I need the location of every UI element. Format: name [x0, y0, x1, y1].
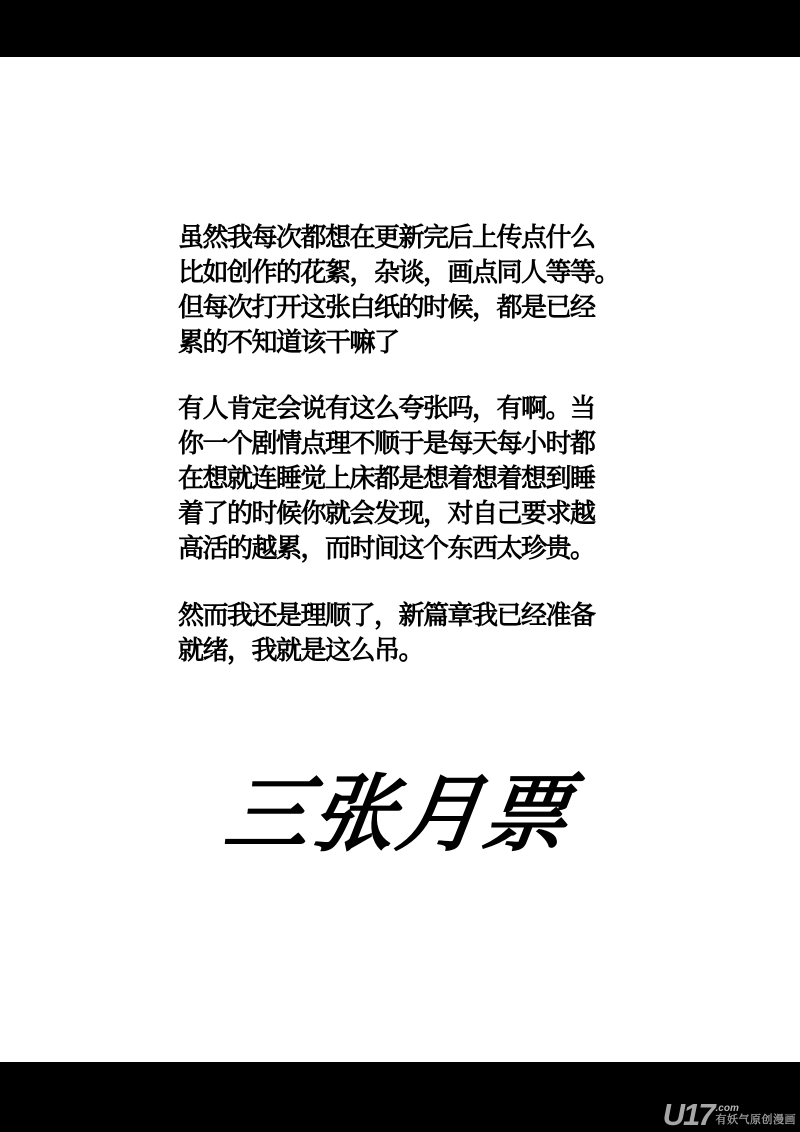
text-line: 虽然我每次都想在更新完后上传点什么 — [178, 220, 619, 255]
text-line: 高活的越累，而时间这个东西太珍贵。 — [178, 531, 595, 566]
text-line: 累的不知道该干嘛了 — [178, 325, 619, 360]
text-line: 比如创作的花絮，杂谈，画点同人等等。 — [178, 255, 619, 290]
text-line: 然而我还是理顺了，新篇章我已经准备 — [178, 598, 595, 633]
top-letterbox-bar — [0, 0, 800, 57]
u17-watermark: U17 .com 有妖气原创漫画 — [663, 1102, 796, 1127]
u17-slogan-label: 有妖气原创漫画 — [716, 1114, 797, 1127]
calligraphy-title: 三张月票 — [219, 766, 592, 862]
u17-domain-label: .com — [716, 1104, 739, 1114]
watermark-text-block: .com 有妖气原创漫画 — [716, 1104, 797, 1127]
text-line: 有人肯定会说有这么夸张吗，有啊。当 — [178, 391, 595, 426]
bottom-letterbox-bar: U17 .com 有妖气原创漫画 — [0, 1062, 800, 1132]
text-line: 就绪，我就是这么吊。 — [178, 633, 595, 668]
text-line: 你一个剧情点理不顺于是每天每小时都 — [178, 426, 595, 461]
text-line: 着了的时候你就会发现，对自己要求越 — [178, 496, 595, 531]
paragraph-3: 然而我还是理顺了，新篇章我已经准备 就绪，我就是这么吊。 — [178, 598, 595, 668]
paragraph-2: 有人肯定会说有这么夸张吗，有啊。当 你一个剧情点理不顺于是每天每小时都 在想就连… — [178, 391, 595, 566]
comic-note-page: 虽然我每次都想在更新完后上传点什么 比如创作的花絮，杂谈，画点同人等等。 但每次… — [0, 0, 800, 1132]
text-line: 在想就连睡觉上床都是想着想着想到睡 — [178, 461, 595, 496]
paragraph-1: 虽然我每次都想在更新完后上传点什么 比如创作的花絮，杂谈，画点同人等等。 但每次… — [178, 220, 619, 360]
u17-logo: U17 — [663, 1102, 714, 1127]
text-line: 但每次打开这张白纸的时候，都是已经 — [178, 290, 619, 325]
